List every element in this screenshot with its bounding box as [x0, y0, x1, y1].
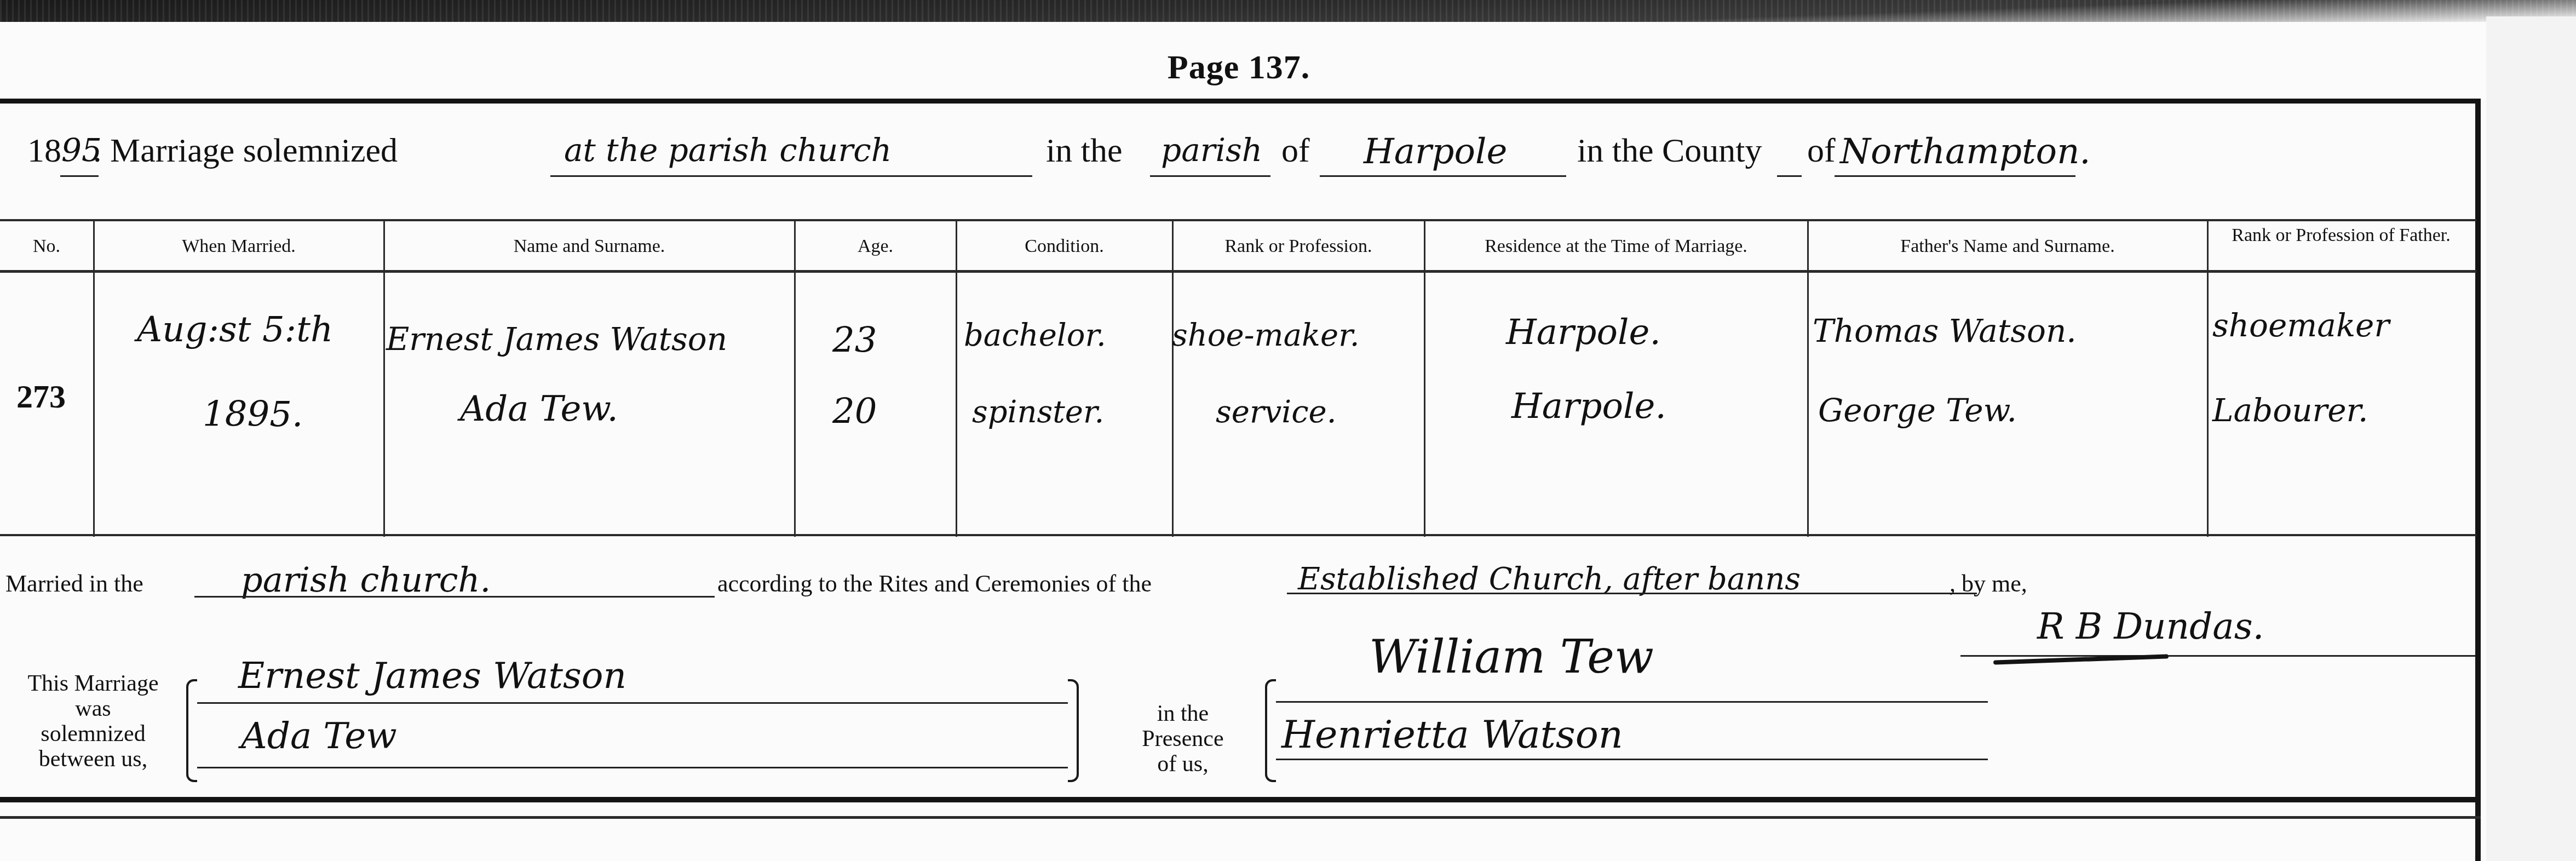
groom-rank: shoe-maker. — [1172, 318, 1360, 353]
bride-condition: spinster. — [972, 394, 1104, 430]
bottom-rule-2 — [0, 816, 2481, 819]
col-header-when-married: When Married. — [94, 237, 383, 275]
groom-age: 23 — [832, 320, 877, 361]
col-header-condition: Condition. — [957, 237, 1172, 275]
entry-bottom-rule — [0, 534, 2476, 536]
col-header-father-rank: Rank or Profession of Father. — [2212, 226, 2470, 264]
district-type: parish — [1161, 131, 1262, 169]
presence-label: in the Presence of us, — [1117, 701, 1249, 777]
col-header-no: No. — [0, 237, 93, 275]
entry-number: 273 — [16, 378, 66, 416]
party-1-line — [197, 702, 1068, 704]
col-header-father-name: Father's Name and Surname. — [1808, 237, 2207, 275]
col-header-rank: Rank or Profession. — [1173, 237, 1424, 275]
bride-rank: service. — [1216, 394, 1337, 430]
parish-name: Harpole — [1364, 131, 1507, 172]
scan-dark-edge — [0, 0, 2576, 22]
when-married-year: 1895. — [203, 394, 303, 435]
ceremony-place-underline — [194, 596, 715, 598]
witness-1-signature: William Tew — [1369, 630, 1654, 684]
presence-label-line: in the — [1117, 701, 1249, 726]
presence-label-line: of us, — [1117, 751, 1249, 777]
page-title: Page 137. — [0, 48, 2576, 87]
place-type-underline — [550, 175, 1032, 177]
year-underline — [60, 175, 99, 177]
parties-label-line: was — [0, 696, 186, 721]
groom-condition: bachelor. — [964, 318, 1106, 353]
presence-label-line: Presence — [1117, 726, 1249, 751]
bride-age: 20 — [832, 392, 877, 432]
rites-label: according to the Rites and Ceremonies of… — [717, 570, 1152, 598]
parties-label-line: between us, — [0, 747, 186, 772]
witness-bracket — [1265, 679, 1276, 782]
page-number-text: Page 137. — [1168, 49, 1310, 86]
header-top-rule — [0, 219, 2476, 221]
parties-bracket-left — [186, 679, 197, 782]
headline-in-the: in the — [1046, 131, 1122, 170]
groom-residence: Harpole. — [1506, 312, 1661, 353]
witness-2-line — [1276, 759, 1988, 760]
groom-father-rank: shoemaker — [2212, 307, 2389, 344]
headline-of-1: of — [1281, 131, 1310, 170]
rites-value: Established Church, after banns — [1298, 561, 1801, 597]
county-name: Northampton. — [1840, 131, 2091, 172]
married-in-the-label: Married in the — [5, 570, 143, 598]
place-type: at the parish church — [564, 131, 892, 169]
bottom-rule-1 — [0, 797, 2481, 802]
col-header-name: Name and Surname. — [384, 237, 794, 275]
year-prefix: 18 — [27, 131, 61, 170]
right-border — [2475, 99, 2481, 861]
district-type-underline — [1150, 175, 1270, 177]
page-margin — [2486, 16, 2576, 861]
groom-name: Ernest James Watson — [386, 320, 727, 358]
bride-father-rank: Labourer. — [2212, 392, 2368, 429]
parties-label: This Marriage was solemnized between us, — [0, 671, 186, 772]
witness-2-signature: Henrietta Watson — [1281, 712, 1623, 757]
bride-residence: Harpole. — [1511, 386, 1666, 427]
when-married-date: Aug:st 5:th — [137, 309, 333, 350]
party-1-signature: Ernest James Watson — [238, 655, 626, 697]
officiant-underline — [1960, 655, 2475, 657]
party-2-signature: Ada Tew — [241, 715, 397, 757]
rites-underline — [1287, 593, 1977, 594]
col-header-age: Age. — [795, 237, 956, 275]
ceremony-place: parish church. — [241, 560, 491, 600]
witness-1-line — [1276, 701, 1988, 703]
groom-father-name: Thomas Watson. — [1813, 312, 2077, 349]
officiant-signature: R B Dundas. — [2037, 605, 2264, 647]
col-header-residence: Residence at the Time of Marriage. — [1425, 237, 1807, 275]
party-2-line — [197, 767, 1068, 768]
parish-underline — [1320, 175, 1566, 177]
county-gap-underline — [1777, 175, 1802, 177]
headline-of-2: of — [1807, 131, 1836, 170]
county-underline — [1835, 175, 2075, 177]
parties-label-line: solemnized — [0, 721, 186, 747]
top-border — [0, 99, 2481, 104]
headline-county-label: in the County — [1577, 131, 1762, 170]
bride-father-name: George Tew. — [1818, 392, 2017, 429]
headline-marriage-solemnized: . Marriage solemnized — [93, 131, 398, 170]
bride-name: Ada Tew. — [460, 389, 618, 429]
parties-label-line: This Marriage — [0, 671, 186, 696]
parties-bracket-right — [1068, 679, 1079, 782]
by-me-label: , by me, — [1950, 570, 2027, 598]
col-divider — [2207, 219, 2209, 537]
